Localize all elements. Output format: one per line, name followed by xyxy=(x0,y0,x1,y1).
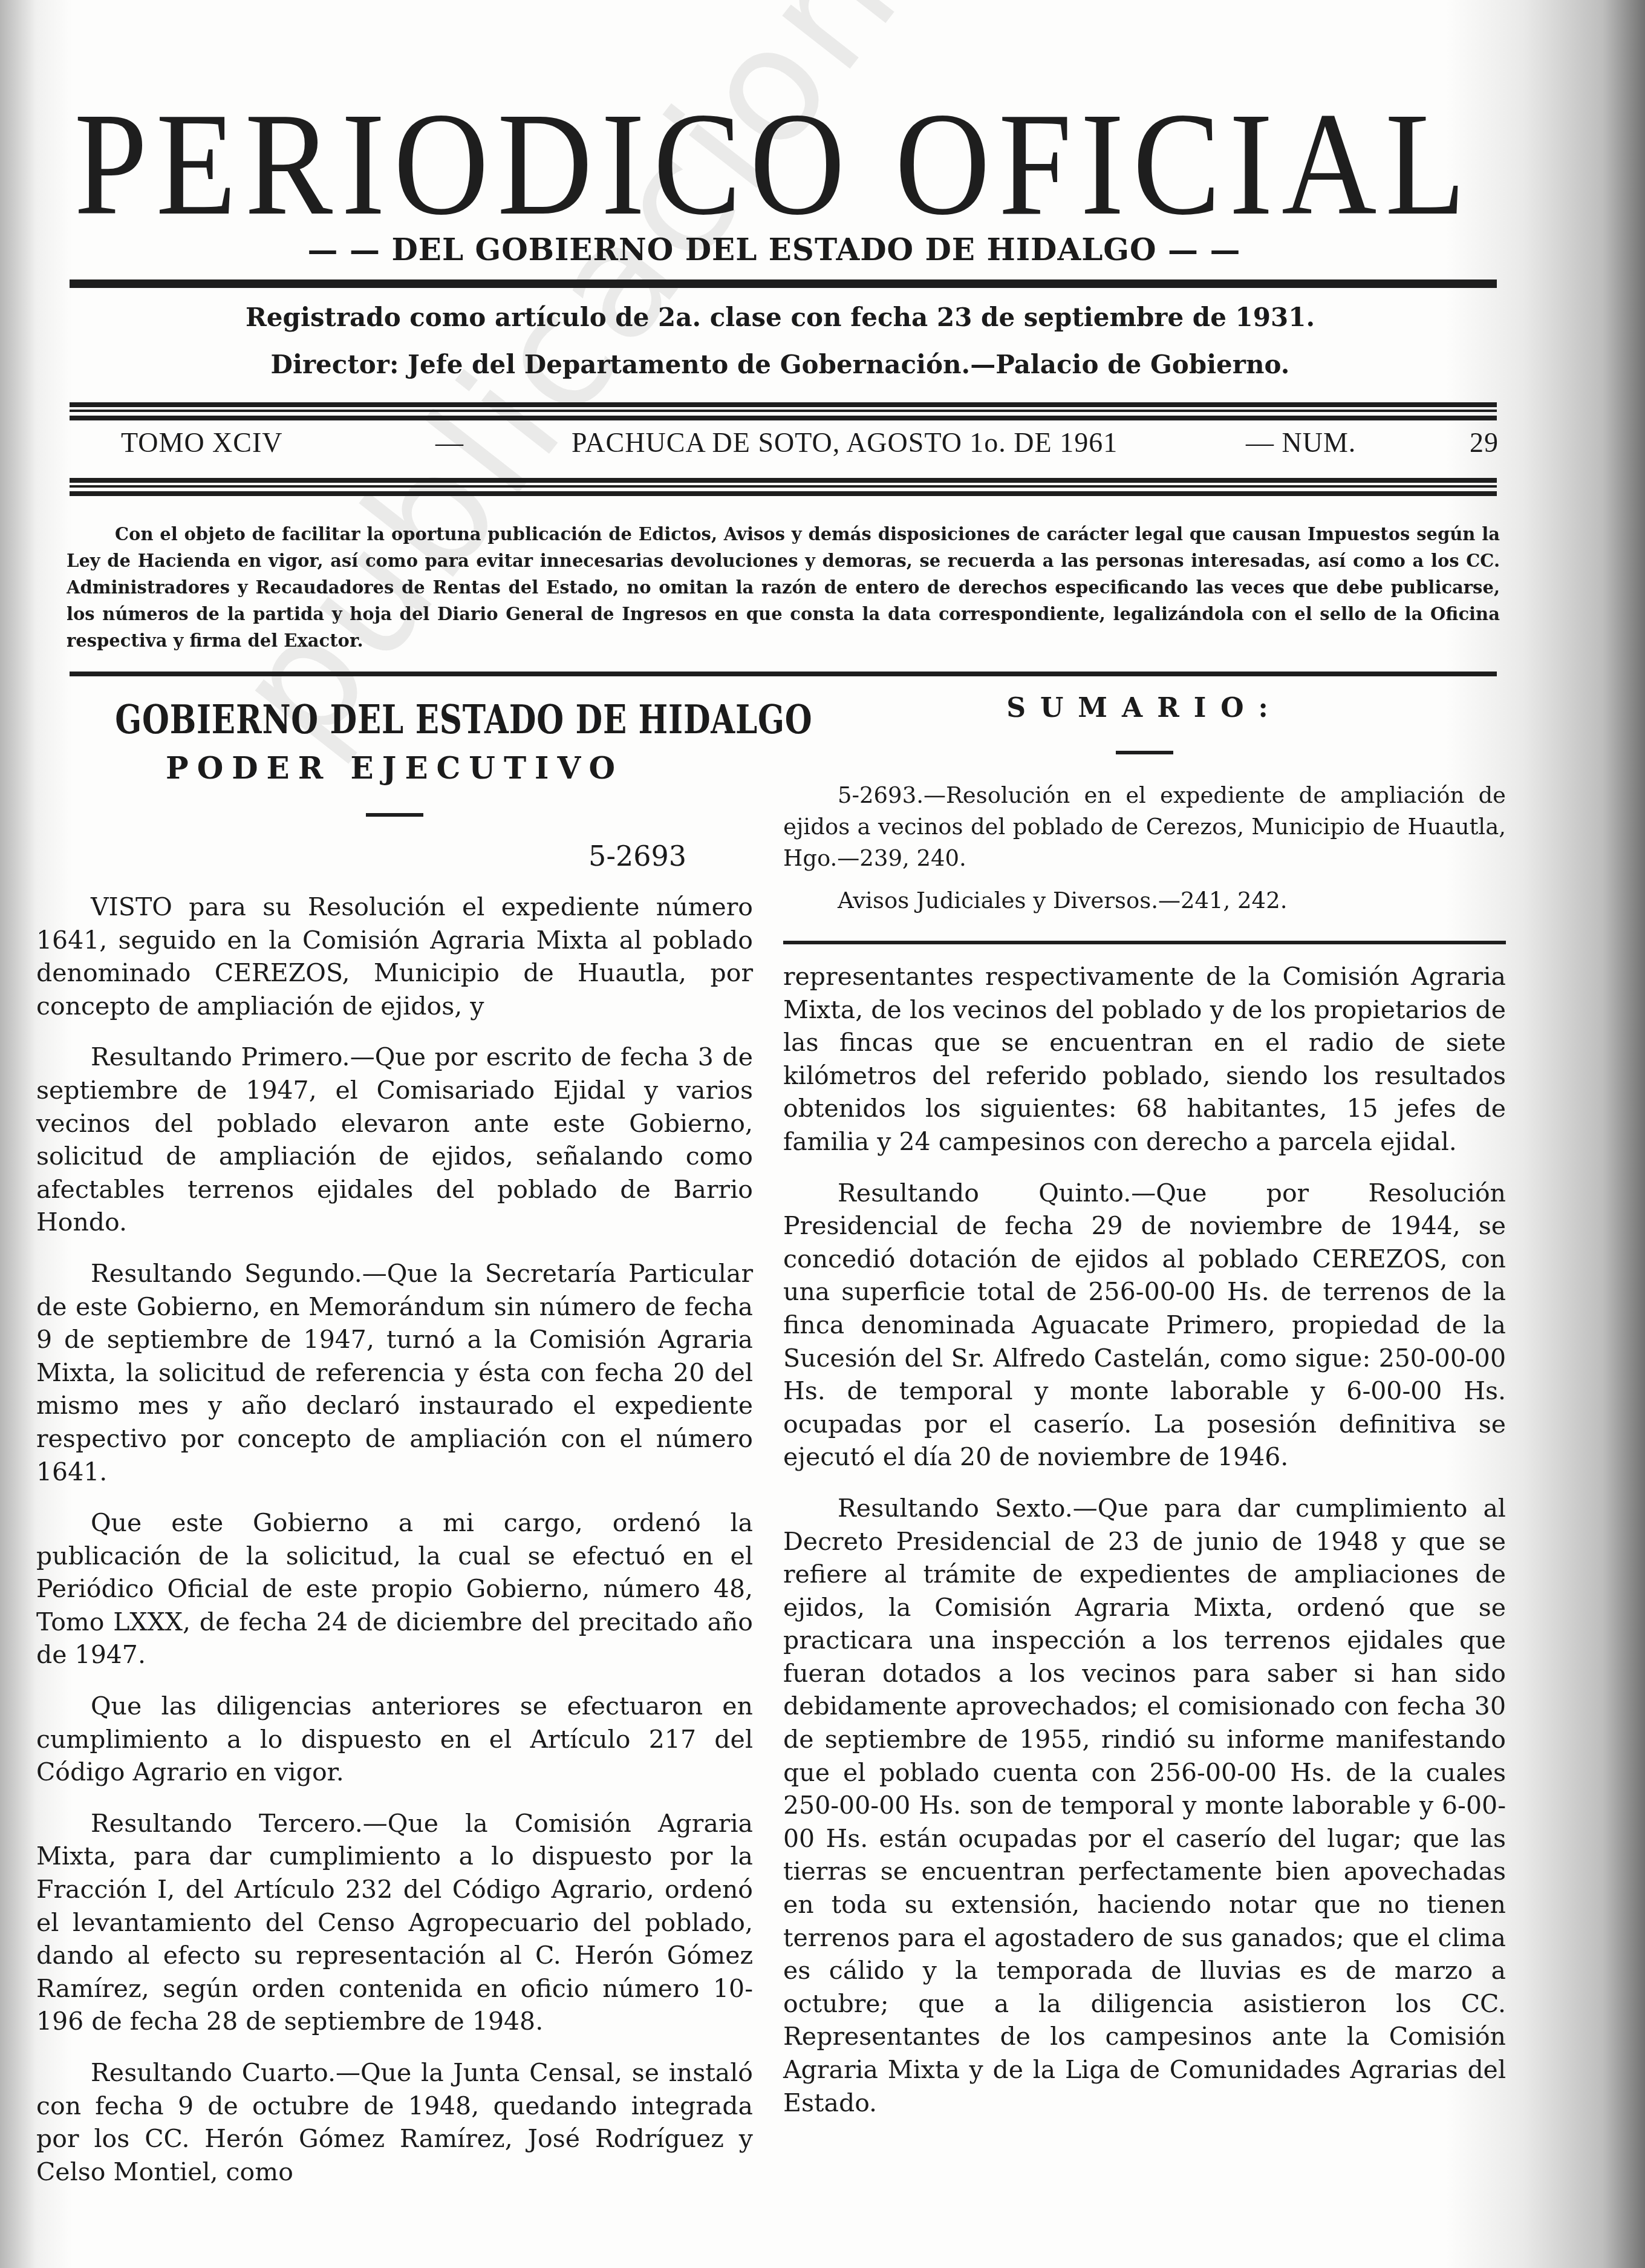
section-heading: GOBIERNO DEL ESTADO DE HIDALGO xyxy=(115,696,674,743)
paragraph: Que las diligencias anteriores se efectu… xyxy=(36,1690,753,1789)
paragraph: Resultando Quinto.—Que por Resolución Pr… xyxy=(783,1177,1506,1474)
paragraph: Que este Gobierno a mi cargo, ordenó la … xyxy=(36,1506,753,1672)
masthead-title: PERIODICO OFICIAL xyxy=(67,91,1482,238)
summary-item: 5-2693.—Resolución en el expediente de a… xyxy=(783,780,1506,874)
right-column: SUMARIO: 5-2693.—Resolución en el expedi… xyxy=(783,684,1506,2119)
paragraph: VISTO para su Resolución el expediente n… xyxy=(36,891,753,1022)
number-label: — NUM. xyxy=(1246,426,1356,459)
registration-line: Registrado como artículo de 2a. clase co… xyxy=(67,302,1494,332)
separator: — xyxy=(435,426,464,459)
paragraph: representantes respectivamente de la Com… xyxy=(783,960,1506,1159)
director-line: Director: Jefe del Departamento de Gober… xyxy=(67,350,1494,379)
resolution-number: 5-2693 xyxy=(36,840,753,872)
issue-number: 29 xyxy=(1470,426,1499,459)
issue-bar: TOMO XCIV — PACHUCA DE SOTO, AGOSTO 1o. … xyxy=(121,426,1500,469)
divider xyxy=(1116,751,1173,754)
summary-heading: SUMARIO: xyxy=(783,693,1506,724)
summary-item: Avisos Judiciales y Diversos.—241, 242. xyxy=(783,885,1506,917)
divider xyxy=(70,478,1497,496)
paragraph: Resultando Sexto.—Que para dar cumplimie… xyxy=(783,1492,1506,2119)
divider xyxy=(70,402,1497,420)
place-date: PACHUCA DE SOTO, AGOSTO 1o. DE 1961 xyxy=(572,426,1118,459)
divider xyxy=(70,672,1497,676)
volume-label: TOMO XCIV xyxy=(121,426,283,459)
publication-notice: Con el objeto de facilitar la oportuna p… xyxy=(67,521,1500,654)
newspaper-page: publicaciones.hidalgo PERIODICO OFICIAL … xyxy=(0,0,1645,2268)
section-subheading: PODER EJECUTIVO xyxy=(36,750,753,786)
paragraph: Resultando Segundo.—Que la Secretaría Pa… xyxy=(36,1257,753,1488)
left-column: GOBIERNO DEL ESTADO DE HIDALGO PODER EJE… xyxy=(36,684,753,2188)
divider xyxy=(366,813,423,817)
divider xyxy=(70,279,1497,288)
masthead-subtitle: — — DEL GOBIERNO DEL ESTADO DE HIDALGO —… xyxy=(67,232,1482,267)
divider xyxy=(783,941,1506,944)
paragraph: Resultando Cuarto.—Que la Junta Censal, … xyxy=(36,2056,753,2188)
paragraph: Resultando Primero.—Que por escrito de f… xyxy=(36,1041,753,1239)
paragraph: Resultando Tercero.—Que la Comisión Agra… xyxy=(36,1807,753,2038)
